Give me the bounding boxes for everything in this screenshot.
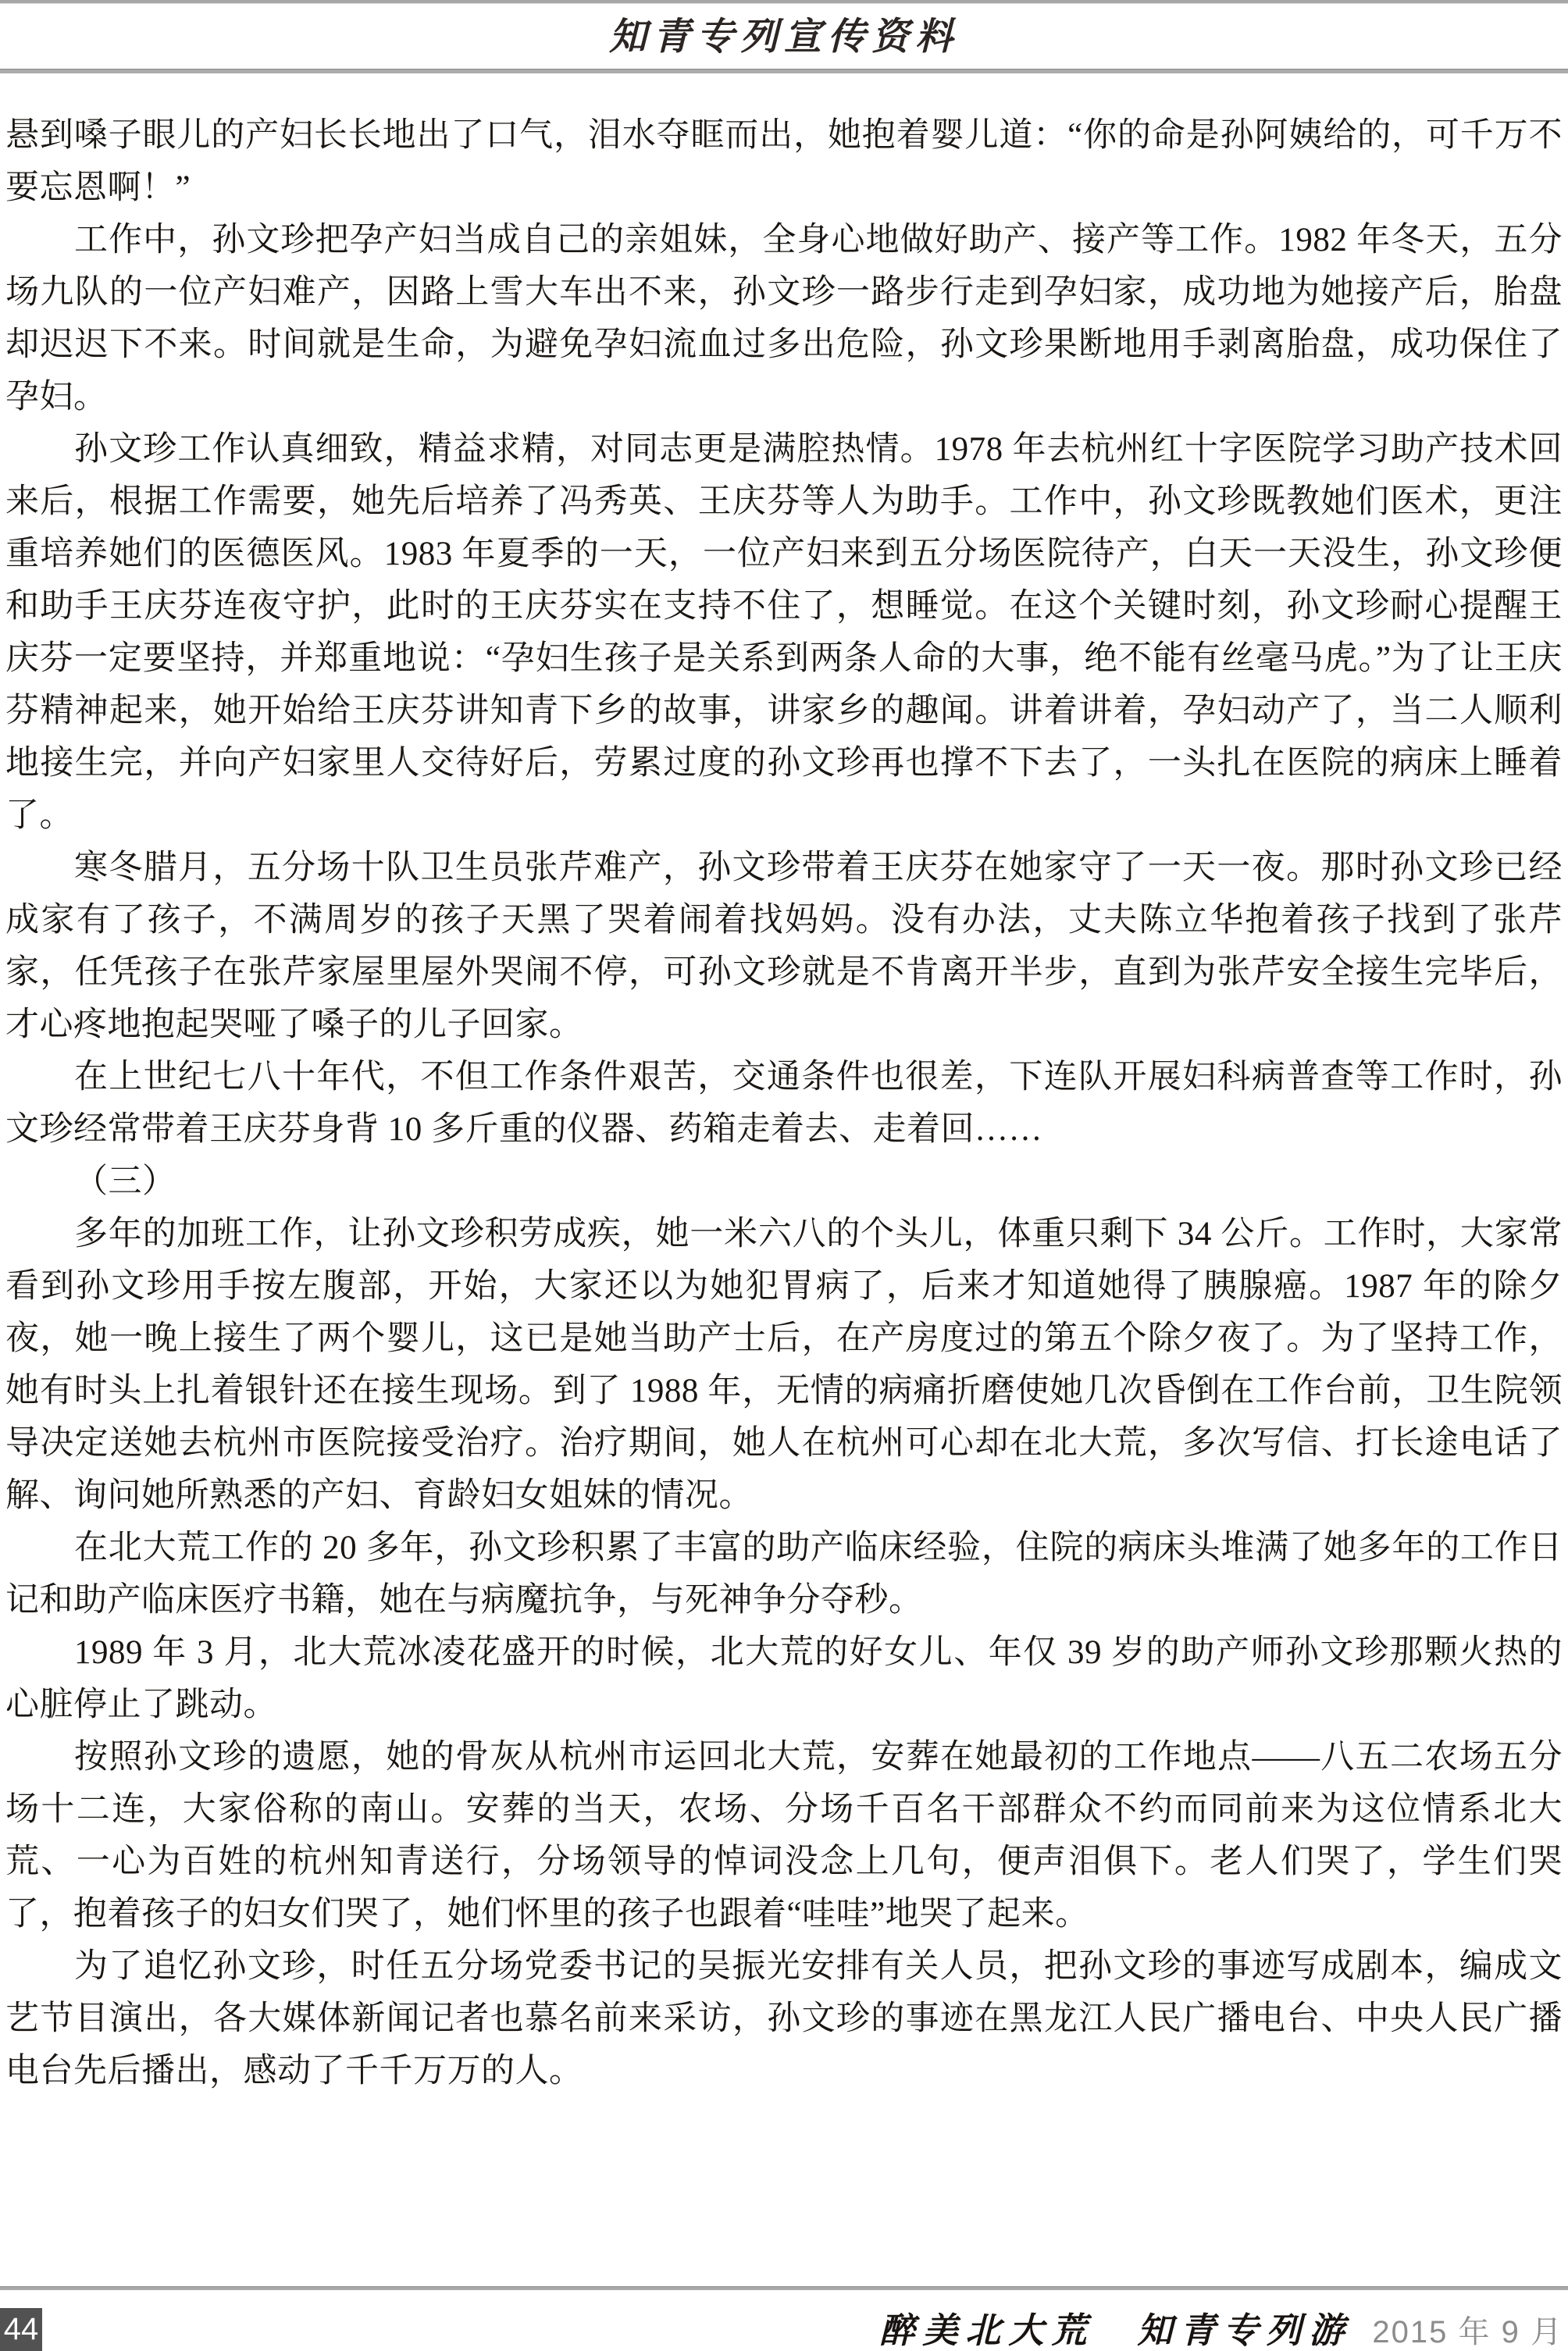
issue-date: 2015 年 9 月 bbox=[1372, 2307, 1563, 2351]
paragraph: 在上世纪七八十年代，不但工作条件艰苦，交通条件也很差，下连队开展妇科病普查等工作… bbox=[5, 1051, 1563, 1156]
paragraph: 工作中，孙文珍把孕产妇当成自己的亲姐妹，全身心地做好助产、接产等工作。1982 … bbox=[5, 214, 1563, 423]
document-page: { "header": { "title": "知青专列宣传资料" }, "bo… bbox=[0, 0, 1568, 2351]
paragraph-continuation: 悬到嗓子眼儿的产妇长长地出了口气，泪水夺眶而出，她抱着婴儿道：“你的命是孙阿姨给… bbox=[5, 109, 1563, 214]
article-body: 悬到嗓子眼儿的产妇长长地出了口气，泪水夺眶而出，她抱着婴儿道：“你的命是孙阿姨给… bbox=[5, 109, 1563, 2097]
paragraph: 按照孙文珍的遗愿，她的骨灰从杭州市运回北大荒，安葬在她最初的工作地点——八五二农… bbox=[5, 1731, 1563, 1940]
section-heading: （三） bbox=[5, 1156, 1563, 1208]
page-header-title: 知青专列宣传资料 bbox=[0, 14, 1568, 61]
page-number: 44 bbox=[4, 2312, 39, 2347]
paragraph: 为了追忆孙文珍，时任五分场党委书记的吴振光安排有关人员，把孙文珍的事迹写成剧本，… bbox=[5, 1940, 1563, 2097]
page-number-badge: 44 bbox=[0, 2308, 42, 2351]
paragraph: 寒冬腊月，五分场十队卫生员张芹难产，孙文珍带着王庆芬在她家守了一天一夜。那时孙文… bbox=[5, 842, 1563, 1051]
paragraph: 孙文珍工作认真细致，精益求精，对同志更是满腔热情。1978 年去杭州红十字医院学… bbox=[5, 423, 1563, 842]
footer-journal-line: 醉美北大荒 知青专列游 2015 年 9 月 bbox=[879, 2302, 1563, 2351]
journal-title: 醉美北大荒 知青专列游 bbox=[879, 2302, 1352, 2351]
top-rule-divider bbox=[0, 0, 1568, 4]
header-bottom-divider bbox=[0, 69, 1568, 73]
paragraph: 在北大荒工作的 20 多年，孙文珍积累了丰富的助产临床经验，住院的病床头堆满了她… bbox=[5, 1522, 1563, 1626]
paragraph: 1989 年 3 月，北大荒冰凌花盛开的时候，北大荒的好女儿、年仅 39 岁的助… bbox=[5, 1626, 1563, 1731]
paragraph: 多年的加班工作，让孙文珍积劳成疾，她一米六八的个头儿，体重只剩下 34 公斤。工… bbox=[5, 1208, 1563, 1522]
footer-divider bbox=[0, 2286, 1568, 2290]
